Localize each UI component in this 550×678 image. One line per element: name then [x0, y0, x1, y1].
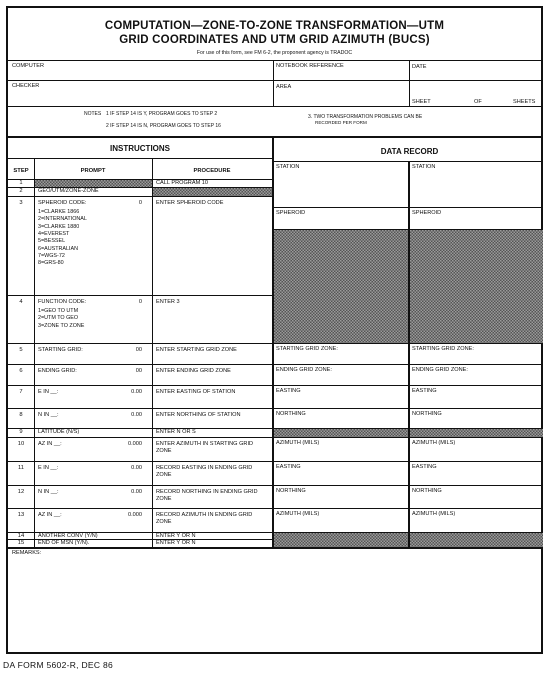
ending-easting-field-2[interactable]: EASTING [412, 464, 437, 471]
procedure-text: ENTER NORTHING OF STATION [156, 412, 268, 419]
default-value: 0.00 [131, 465, 142, 471]
easting-field-1[interactable]: EASTING [276, 388, 301, 395]
note-1: 1 IF STEP 14 IS Y, PROGRAM GOES TO STEP … [106, 111, 217, 117]
row-divider [409, 437, 543, 438]
procedure-text: ENTER EASTING OF STATION [156, 389, 268, 396]
spheroid-option: 1=CLARKE 1866 [38, 209, 79, 216]
northing-field-2[interactable]: NORTHING [412, 411, 442, 418]
col-prompt: PROMPT [34, 168, 152, 174]
area-field[interactable]: AREA [276, 84, 291, 90]
step-number: 6 [10, 368, 32, 374]
procedure-text: ENTER 3 [156, 299, 268, 306]
prompt-text: ENDING GRID: [38, 368, 77, 375]
spheroid-option: 7=WGS-72 [38, 253, 65, 260]
form-title-line1: COMPUTATION—ZONE-TO-ZONE TRANSFORMATION—… [8, 20, 541, 32]
checker-field[interactable]: CHECKER [12, 83, 39, 89]
spheroid-field-1[interactable]: SPHEROID [276, 210, 305, 217]
row-divider [273, 461, 408, 462]
ending-northing-field-1[interactable]: NORTHING [276, 488, 306, 495]
prompt-text: E IN __: [38, 465, 58, 472]
step-number: 7 [10, 389, 32, 395]
procedure-text: ENTER STARTING GRID ZONE [156, 347, 268, 354]
prompt-text: STARTING GRID: [38, 347, 83, 354]
step-number: 10 [10, 441, 32, 447]
default-value: 0.00 [131, 489, 142, 495]
default-value: 00 [136, 368, 142, 374]
row-divider [273, 437, 408, 438]
azimuth-mils-field-2[interactable]: AZIMUTH (MILS) [412, 440, 455, 447]
step-number: 2 [10, 188, 32, 194]
procedure-text: ENTER N OR S [156, 429, 268, 436]
prompt-text: GEO/UTM/ZONE-ZONE [38, 188, 99, 195]
step-number: 13 [10, 512, 32, 518]
step-number: 4 [10, 299, 32, 305]
spheroid-option: 8=GRS-80 [38, 260, 64, 267]
computer-field[interactable]: COMPUTER [12, 63, 44, 69]
row-divider [8, 461, 273, 462]
row-divider [273, 485, 408, 486]
default-value: 0.00 [131, 412, 142, 418]
row-divider [409, 161, 543, 162]
notebook-reference-field[interactable]: NOTEBOOK REFERENCE [276, 63, 344, 69]
default-value: 0 [139, 299, 142, 305]
easting-field-2[interactable]: EASTING [412, 388, 437, 395]
shaded-cell [410, 533, 543, 547]
prompt-text: FUNCTION CODE: [38, 299, 86, 306]
spheroid-option: 6=AUSTRALIAN [38, 246, 78, 253]
instructions-heading: INSTRUCTIONS [8, 144, 272, 153]
row-divider [8, 196, 273, 197]
station-field-1[interactable]: STATION [276, 164, 299, 171]
date-field[interactable]: DATE [412, 64, 427, 70]
prompt-text: N IN __: [38, 489, 59, 496]
starting-grid-zone-field-1[interactable]: STARTING GRID ZONE: [276, 346, 338, 353]
sheet-field[interactable]: SHEET [412, 99, 431, 105]
row-divider [273, 364, 408, 365]
row-divider [273, 385, 408, 386]
row-divider [409, 364, 543, 365]
procedure-text: ENTER SPHEROID CODE [156, 200, 268, 207]
ending-northing-field-2[interactable]: NORTHING [412, 488, 442, 495]
shaded-cell [410, 429, 543, 437]
step-number: 1 [10, 180, 32, 186]
of-label: OF [474, 99, 482, 105]
row-divider [409, 207, 543, 208]
ending-easting-field-1[interactable]: EASTING [276, 464, 301, 471]
default-value: 0 [139, 200, 142, 206]
row-divider [273, 161, 408, 162]
spheroid-field-2[interactable]: SPHEROID [412, 210, 441, 217]
note-2: 2 IF STEP 14 IS N, PROGRAM GOES TO STEP … [106, 123, 221, 129]
procedure-text: ENTER ENDING GRID ZONE [156, 368, 268, 375]
spheroid-option: 2=INTERNATIONAL [38, 216, 87, 223]
step-number: 3 [10, 200, 32, 206]
ending-azimuth-mils-field-2[interactable]: AZIMUTH (MILS) [412, 511, 455, 518]
procedure-text: RECORD AZIMUTH IN ENDING GRID ZONE [156, 512, 268, 526]
starting-grid-zone-field-2[interactable]: STARTING GRID ZONE: [412, 346, 474, 353]
row-divider [273, 343, 408, 344]
procedure-text: ENTER AZIMUTH IN STARTING GRID ZONE [156, 441, 268, 455]
default-value: 0.00 [131, 389, 142, 395]
row-divider [273, 408, 408, 409]
row-divider [409, 343, 543, 344]
row-divider [8, 364, 273, 365]
shaded-cell [274, 230, 408, 343]
row-divider [8, 508, 273, 509]
step-number: 11 [10, 465, 32, 471]
spheroid-option: 5=BESSEL [38, 238, 65, 245]
row-divider [8, 295, 273, 296]
prompt-text: LATITUDE (N/S) [38, 429, 79, 436]
procedure-text: ENTER Y OR N [156, 540, 268, 547]
shaded-cell [153, 188, 272, 196]
prompt-text: AZ IN __: [38, 441, 62, 448]
row-divider [409, 461, 543, 462]
row-divider [8, 437, 273, 438]
function-option: 1=GEO TO UTM [38, 308, 78, 315]
row-divider [409, 408, 543, 409]
function-option: 3=ZONE TO ZONE [38, 323, 84, 330]
row-divider [8, 485, 273, 486]
function-option: 2=UTM TO GEO [38, 315, 78, 322]
shaded-cell [274, 429, 408, 437]
shaded-cell [35, 180, 152, 187]
notes-label: NOTES [84, 111, 101, 117]
default-value: 00 [136, 347, 142, 353]
step-number: 8 [10, 412, 32, 418]
col-step: STEP [8, 168, 34, 174]
form-title-line2: GRID COORDINATES AND UTM GRID AZIMUTH (B… [8, 34, 541, 46]
prompt-text: SPHEROID CODE: [38, 200, 87, 207]
spheroid-option: 4=EVEREST [38, 231, 69, 238]
prompt-text: END OF MSN (Y/N). [38, 540, 89, 547]
note-3-cont: RECORDED PER FORM [315, 120, 367, 125]
sheets-label: SHEETS [513, 99, 535, 105]
ending-grid-zone-field-1[interactable]: ENDING GRID ZONE: [276, 367, 332, 374]
remarks-field[interactable]: REMARKS: [12, 550, 41, 556]
step-number: 15 [10, 540, 32, 546]
azimuth-mils-field-1[interactable]: AZIMUTH (MILS) [276, 440, 319, 447]
spheroid-option: 3=CLARKE 1880 [38, 224, 79, 231]
prompt-text: E IN __: [38, 389, 58, 396]
step-number: 5 [10, 347, 32, 353]
procedure-text: RECORD EASTING IN ENDING GRID ZONE [156, 465, 268, 479]
shaded-cell [274, 533, 408, 547]
default-value: 0.000 [128, 441, 142, 447]
station-field-2[interactable]: STATION [412, 164, 435, 171]
col-procedure: PROCEDURE [152, 168, 272, 174]
computation-form: COMPUTATION—ZONE-TO-ZONE TRANSFORMATION—… [6, 6, 543, 654]
ending-grid-zone-field-2[interactable]: ENDING GRID ZONE: [412, 367, 468, 374]
data-record-heading: DATA RECORD [274, 147, 545, 156]
row-divider [273, 508, 408, 509]
ending-azimuth-mils-field-1[interactable]: AZIMUTH (MILS) [276, 511, 319, 518]
row-divider [409, 508, 543, 509]
row-divider [273, 207, 408, 208]
step-number: 12 [10, 489, 32, 495]
row-divider [8, 408, 273, 409]
procedure-text: RECORD NORTHING IN ENDING GRID ZONE [156, 489, 268, 503]
form-number: DA FORM 5602-R, DEC 86 [3, 660, 113, 670]
row-divider [8, 385, 273, 386]
row-divider [8, 343, 273, 344]
shaded-cell [410, 230, 543, 343]
prompt-text: N IN __: [38, 412, 59, 419]
default-value: 0.000 [128, 512, 142, 518]
procedure-text: CALL PROGRAM 10 [156, 180, 268, 187]
row-divider [409, 385, 543, 386]
form-subtitle: For use of this form, see FM 6-2, the pr… [8, 50, 541, 56]
prompt-text: AZ IN __: [38, 512, 62, 519]
row-divider [409, 485, 543, 486]
step-number: 9 [10, 429, 32, 435]
northing-field-1[interactable]: NORTHING [276, 411, 306, 418]
